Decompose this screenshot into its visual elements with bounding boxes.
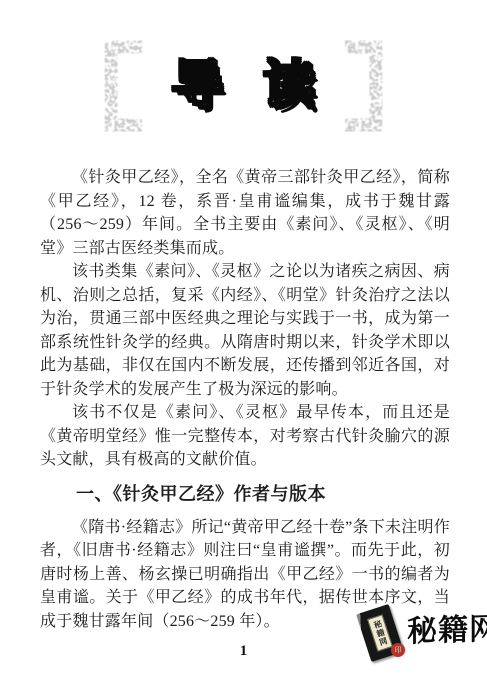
paragraph-intro: 《针灸甲乙经》，全名《黄帝三部针灸甲乙经》，简称《甲乙经》，12 卷，系晋·皇甫… (40, 166, 450, 260)
right-bracket-ornament-icon (342, 40, 392, 132)
paragraph-compilation: 该书类集《素问》、《灵枢》之论以为诸疾之病因、病机、治则之总括，复采《内经》、《… (40, 260, 450, 401)
seal-glyph: 印 (395, 647, 402, 654)
paragraph-value: 该书不仅是《素问》、《灵枢》最早传本，而且还是《黄帝明堂经》惟一完整传本，对考察… (40, 401, 450, 472)
book-cover-label-text: 秘籍网 (372, 619, 388, 647)
seal-icon: 印 (391, 643, 405, 657)
watermark-logo: 秘籍网 印 秘籍网 (357, 606, 487, 670)
book-cover-label: 秘籍网 (367, 614, 393, 651)
body-text: 《针灸甲乙经》，全名《黄帝三部针灸甲乙经》，简称《甲乙经》，12 卷，系晋·皇甫… (40, 166, 450, 633)
chapter-title-block: 导 读 (0, 0, 487, 134)
page-title: 导 读 (171, 60, 315, 112)
book-page: 导 读 《针灸甲乙经》，全名《黄帝三部针灸甲乙经》，简称《甲乙经》，12 卷，系… (0, 0, 487, 674)
title-char: 读 (264, 60, 316, 112)
section-heading: 一、《针灸甲乙经》作者与版本 (40, 481, 450, 507)
title-char: 导 (171, 60, 223, 112)
watermark-site-name: 秘籍网 (407, 614, 487, 647)
left-bracket-ornament-icon (95, 40, 145, 132)
